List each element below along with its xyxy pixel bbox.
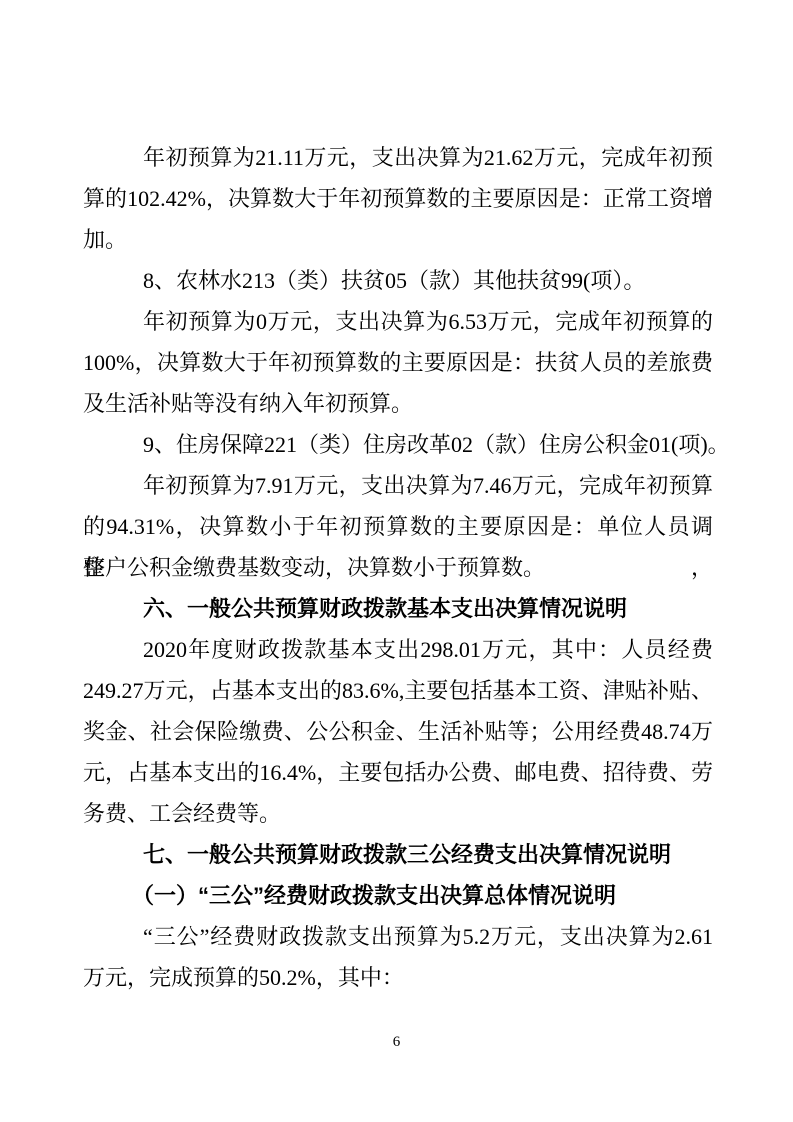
text-line: 8、农林水213（类）扶贫05（款）其他扶贫99(项）。 xyxy=(83,260,713,301)
text-line: “三公”经费财政拨款支出预算为5.2万元，支出决算为2.61 xyxy=(83,916,713,957)
text-line: 及生活补贴等没有纳入年初预算。 xyxy=(83,383,713,424)
text-line: 249.27万元，占基本支出的83.6%,主要包括基本工资、津贴补贴、 xyxy=(83,670,713,711)
text-line: 的94.31%，决算数小于年初预算数的主要原因是：单位人员调整， xyxy=(83,506,713,547)
text-line: 算的102.42%，决算数大于年初预算数的主要原因是：正常工资增 xyxy=(83,178,713,219)
section-heading: （一）“三公”经费财政拨款支出决算总体情况说明 xyxy=(83,875,713,916)
text-line: 元，占基本支出的16.4%，主要包括办公费、邮电费、招待费、劳 xyxy=(83,752,713,793)
text-line: 加。 xyxy=(83,219,713,260)
page-number: 6 xyxy=(0,1034,793,1051)
text-line: 年初预算为0万元，支出决算为6.53万元，完成年初预算的 xyxy=(83,301,713,342)
document-page: 年初预算为21.11万元，支出决算为21.62万元，完成年初预 算的102.42… xyxy=(0,0,793,1122)
section-heading: 六、一般公共预算财政拨款基本支出决算情况说明 xyxy=(83,588,713,629)
text-line: 奖金、社会保险缴费、公公积金、生活补贴等；公用经费48.74万 xyxy=(83,711,713,752)
text-line: 100%，决算数大于年初预算数的主要原因是：扶贫人员的差旅费 xyxy=(83,342,713,383)
text-line: 年初预算为21.11万元，支出决算为21.62万元，完成年初预 xyxy=(83,137,713,178)
text-line: 务费、工会经费等。 xyxy=(83,793,713,834)
text-line: 2020年度财政拨款基本支出298.01万元，其中：人员经费 xyxy=(83,629,713,670)
section-heading: 七、一般公共预算财政拨款三公经费支出决算情况说明 xyxy=(83,834,713,875)
text-line: 年初预算为7.91万元，支出决算为7.46万元，完成年初预算 xyxy=(83,465,713,506)
text-line: 万元，完成预算的50.2%，其中： xyxy=(83,957,713,998)
text-line: 9、住房保障221（类）住房改革02（款）住房公积金01(项)。 xyxy=(83,424,713,465)
document-body: 年初预算为21.11万元，支出决算为21.62万元，完成年初预 算的102.42… xyxy=(83,137,713,998)
